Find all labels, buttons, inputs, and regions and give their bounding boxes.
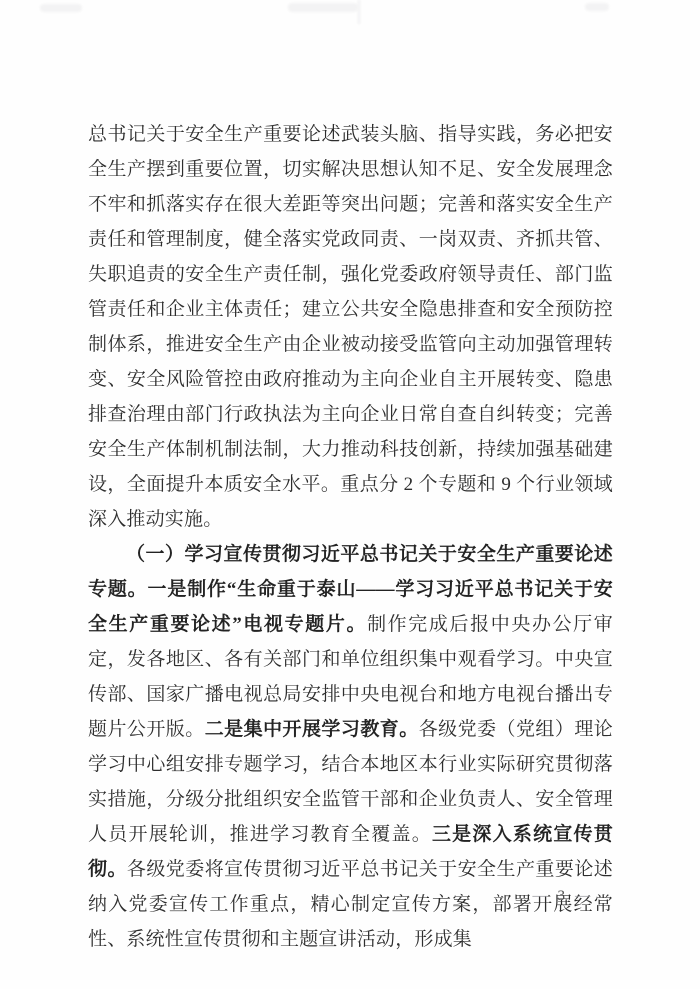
document-body: 总书记关于安全生产重要论述武装头脑、指导实践，务必把安全生产摆到重要位置，切实解… bbox=[88, 117, 613, 957]
paragraph: 总书记关于安全生产重要论述武装头脑、指导实践，务必把安全生产摆到重要位置，切实解… bbox=[88, 117, 613, 537]
scan-artifact bbox=[288, 3, 358, 12]
text-segment: 总书记关于安全生产重要论述武装头脑、指导实践，务必把安全生产摆到重要位置，切实解… bbox=[88, 124, 613, 530]
scan-artifact bbox=[585, 3, 609, 11]
scan-artifact bbox=[40, 4, 82, 12]
text-segment: 二是集中开展学习教育。 bbox=[205, 719, 419, 740]
document-page: 总书记关于安全生产重要论述武装头脑、指导实践，务必把安全生产摆到重要位置，切实解… bbox=[0, 0, 700, 989]
page-number-dash-left: — bbox=[533, 888, 548, 905]
page-number-dash-right: — bbox=[575, 888, 590, 905]
page-number: — 3 — bbox=[533, 888, 591, 905]
scan-artifact bbox=[358, 0, 360, 24]
page-number-value: 3 bbox=[558, 888, 566, 905]
